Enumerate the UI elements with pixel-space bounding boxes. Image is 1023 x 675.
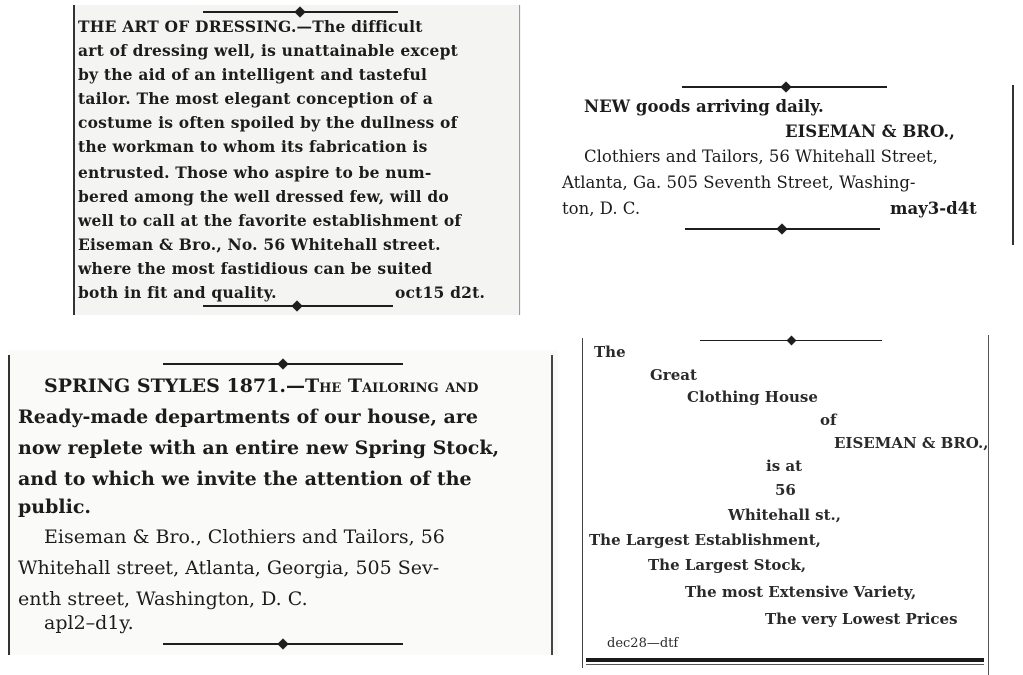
diamond-ornament-icon [277,358,288,369]
body-line: art of dressing well, is unattainable ex… [78,41,458,60]
diamond-ornament-icon [780,81,791,92]
top-ornament-divider [700,340,882,341]
ad-line: is at [766,457,802,475]
body-line: by the aid of an intelligent and tastefu… [78,65,427,84]
left-column-rule [582,338,583,668]
diamond-ornament-icon [776,223,787,234]
body-line: public. [18,496,91,518]
dateline: oct15 d2t. [395,283,485,302]
body-line: Clothiers and Tailors, 56 Whitehall Stre… [584,147,938,166]
diamond-ornament-icon [787,336,797,346]
top-ornament-divider [163,363,403,365]
ad-line: The Largest Stock, [648,556,806,574]
diamond-ornament-icon [294,6,305,17]
ad-line: of [820,411,836,429]
bottom-thin-rule [586,664,984,665]
ad-line: The most Extensive Variety, [685,583,916,601]
body-line: Eiseman & Bro., No. 56 Whitehall street. [78,235,441,254]
ad-line: The [594,343,626,361]
top-ornament-divider [203,11,398,13]
body-line: and to which we invite the attention of … [18,468,472,490]
body-line: Atlanta, Ga. 505 Seventh Street, Washing… [562,173,915,192]
body-line: Whitehall street, Atlanta, Georgia, 505 … [18,557,439,579]
body-line: entrusted. Those who aspire to be num- [78,163,431,182]
firm-name: EISEMAN & BRO., [834,434,988,452]
body-line: bered among the well dressed few, will d… [78,187,449,206]
ad-line: The Largest Establishment, [589,531,821,549]
clipping-art-of-dressing: THE ART OF DRESSING.—The difficult art o… [73,5,521,315]
top-ornament-divider [682,86,887,88]
firm-name: EISEMAN & BRO., [785,122,955,141]
body-line: ton, D. C. [562,199,640,218]
dateline: apl2–d1y. [44,612,134,634]
bottom-ornament-divider [685,228,880,230]
body-line: now replete with an entire new Spring St… [18,437,499,459]
body-line: where the most fastidious can be suited [78,259,432,278]
diamond-ornament-icon [277,638,288,649]
clipping-spring-styles: SPRING STYLES 1871.—The Tailoring and Re… [8,350,558,655]
body-line: well to call at the favorite establishme… [78,211,461,230]
dateline: may3-d4t [890,199,977,218]
ad-line: Whitehall st., [728,506,841,524]
diamond-ornament-icon [291,300,302,311]
headline-line: THE ART OF DRESSING.—The difficult [78,17,423,36]
body-line: Eiseman & Bro., Clothiers and Tailors, 5… [44,526,445,548]
right-column-rule [551,355,553,655]
body-line: both in fit and quality. [78,283,277,302]
body-line: the workman to whom its fabrication is [78,137,428,156]
body-line: tailor. The most elegant conception of a [78,89,433,108]
bottom-thick-rule [586,658,984,662]
left-column-rule [8,355,10,655]
ad-line: 56 [775,481,796,499]
body-line: enth street, Washington, D. C. [18,588,308,610]
ad-line: The very Lowest Prices [765,610,958,628]
dateline: dec28—dtf [607,636,678,651]
ad-line: Great [650,366,697,384]
headline-line: SPRING STYLES 1871.—The Tailoring and [44,375,478,397]
ad-line: Clothing House [687,388,818,406]
right-column-rule [1012,85,1014,245]
clipping-great-clothing-house: The Great Clothing House of EISEMAN & BR… [582,333,992,675]
body-line: costume is often spoiled by the dullness… [78,113,457,132]
right-column-rule [519,5,520,315]
right-column-rule [988,335,989,675]
headline-line: NEW goods arriving daily. [584,97,824,116]
bottom-ornament-divider [163,643,403,645]
body-line: Ready-made departments of our house, are [18,406,478,428]
clipping-new-goods: NEW goods arriving daily. EISEMAN & BRO.… [560,75,1018,243]
left-column-rule [73,5,75,315]
bottom-ornament-divider [203,305,393,307]
